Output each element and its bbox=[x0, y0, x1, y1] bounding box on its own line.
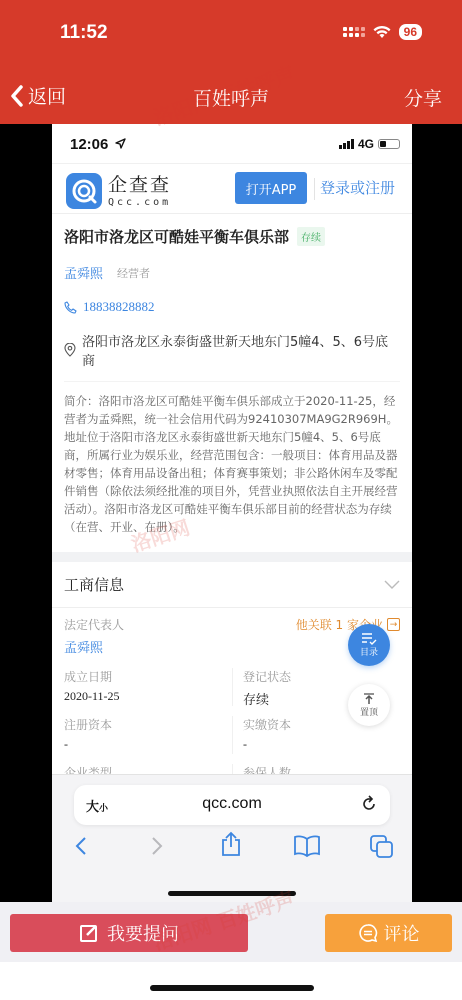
comment-button[interactable]: 评论 bbox=[325, 914, 452, 952]
inner-status-icons: 4G bbox=[339, 137, 400, 151]
outer-clock: 11:52 bbox=[60, 22, 108, 44]
embedded-screenshot: 12:06 4G 企查查 Qcc.com 打开APP 登录或注册 洛阳市洛龙区可… bbox=[52, 124, 412, 902]
toc-label: 目录 bbox=[360, 645, 378, 658]
arrow-right-box-icon: → bbox=[387, 618, 400, 631]
status-badge: 存续 bbox=[297, 227, 325, 246]
inner-time-text: 12:06 bbox=[70, 136, 108, 153]
tabs-icon[interactable] bbox=[370, 835, 394, 859]
brand-name-en: Qcc.com bbox=[108, 197, 171, 208]
address-row: 洛阳市洛龙区永泰街盛世新天地东门5幢4、5、6号底商 bbox=[64, 331, 400, 369]
field-value: - bbox=[243, 737, 394, 752]
network-type: 4G bbox=[358, 137, 374, 151]
inner-clock: 12:06 bbox=[70, 136, 126, 153]
location-arrow-icon bbox=[115, 138, 126, 149]
top-label: 置顶 bbox=[360, 705, 378, 718]
open-app-button[interactable]: 打开APP bbox=[235, 172, 307, 204]
app-navbar: 返回 百姓呼声 分享 bbox=[0, 68, 462, 124]
brand-name-cn: 企查查 bbox=[108, 170, 171, 197]
company-name-row: 洛阳市洛龙区可酷娃平衡车俱乐部 存续 bbox=[64, 214, 400, 247]
representative-link[interactable]: 孟舜熙 bbox=[64, 263, 103, 282]
share-button[interactable]: 分享 bbox=[404, 84, 442, 111]
legal-rep-label: 法定代表人 bbox=[64, 616, 124, 633]
page-title: 百姓呼声 bbox=[0, 84, 462, 111]
company-name: 洛阳市洛龙区可酷娃平衡车俱乐部 bbox=[64, 226, 289, 247]
reload-icon[interactable] bbox=[360, 794, 378, 814]
location-pin-icon bbox=[64, 343, 76, 357]
signal-bars-icon bbox=[339, 139, 354, 149]
url-text: qcc.com bbox=[74, 795, 390, 813]
field-label: 登记状态 bbox=[243, 668, 394, 685]
edit-icon bbox=[79, 923, 99, 943]
share-icon[interactable] bbox=[220, 831, 242, 857]
toc-button[interactable]: 目录 bbox=[348, 624, 390, 666]
phone-icon bbox=[64, 301, 77, 314]
field-value: - bbox=[64, 737, 244, 752]
header-divider bbox=[314, 178, 315, 200]
login-register-link[interactable]: 登录或注册 bbox=[320, 177, 395, 198]
phone-number: 18838828882 bbox=[83, 299, 155, 315]
field-label: 注册资本 bbox=[64, 716, 244, 733]
field-registered-capital: 注册资本 - bbox=[64, 716, 244, 754]
wifi-icon bbox=[373, 25, 391, 39]
comment-label: 评论 bbox=[384, 920, 420, 946]
representative-row: 孟舜熙 经营者 bbox=[64, 263, 400, 282]
field-value: 2020-11-25 bbox=[64, 689, 244, 704]
representative-role: 经营者 bbox=[117, 265, 150, 281]
qcc-brand: 企查查 Qcc.com bbox=[108, 170, 171, 208]
bookmarks-icon[interactable] bbox=[294, 835, 320, 857]
address-bar[interactable]: 大小 qcc.com bbox=[74, 785, 390, 825]
inner-status-bar: 12:06 4G bbox=[52, 124, 412, 164]
ask-label: 我要提问 bbox=[107, 920, 179, 946]
company-card: 洛阳市洛龙区可酷娃平衡车俱乐部 存续 孟舜熙 经营者 18838828882 洛… bbox=[52, 214, 412, 552]
list-check-icon bbox=[361, 633, 377, 645]
business-info-header[interactable]: 工商信息 bbox=[52, 562, 412, 608]
outer-status-bar: 11:52 96 bbox=[0, 0, 462, 68]
field-founded-date: 成立日期 2020-11-25 bbox=[64, 668, 244, 706]
battery-icon bbox=[378, 139, 400, 149]
safari-toolbar: 大小 qcc.com bbox=[52, 774, 412, 902]
field-label: 成立日期 bbox=[64, 668, 244, 685]
address-text: 洛阳市洛龙区永泰街盛世新天地东门5幢4、5、6号底商 bbox=[82, 331, 400, 369]
chevron-down-icon bbox=[384, 580, 400, 590]
qcc-logo-icon bbox=[66, 173, 102, 209]
arrow-up-to-top-icon bbox=[363, 693, 375, 705]
cellular-signal-icon bbox=[343, 27, 365, 37]
section-gap bbox=[52, 552, 412, 562]
outer-status-icons: 96 bbox=[343, 24, 422, 40]
inner-home-indicator bbox=[168, 891, 296, 896]
browser-back-icon[interactable] bbox=[74, 835, 88, 857]
home-indicator bbox=[150, 985, 314, 991]
phone-row[interactable]: 18838828882 bbox=[64, 299, 400, 315]
company-intro: 简介：洛阳市洛龙区可酷娃平衡车俱乐部成立于2020-11-25，经营者为孟舜熙，… bbox=[64, 381, 400, 552]
bottom-action-bar: 我要提问 评论 bbox=[0, 902, 462, 962]
qcc-header: 企查查 Qcc.com 打开APP 登录或注册 bbox=[52, 164, 412, 214]
battery-indicator: 96 bbox=[399, 24, 422, 40]
back-to-top-button[interactable]: 置顶 bbox=[348, 684, 390, 726]
browser-nav-toolbar bbox=[52, 835, 412, 865]
legal-rep-row: 法定代表人 他关联 1 家企业 → bbox=[64, 616, 400, 633]
ask-question-button[interactable]: 我要提问 bbox=[10, 914, 248, 952]
browser-forward-icon[interactable] bbox=[150, 835, 164, 857]
section-title: 工商信息 bbox=[64, 574, 124, 595]
comment-bubble-icon bbox=[358, 923, 378, 943]
